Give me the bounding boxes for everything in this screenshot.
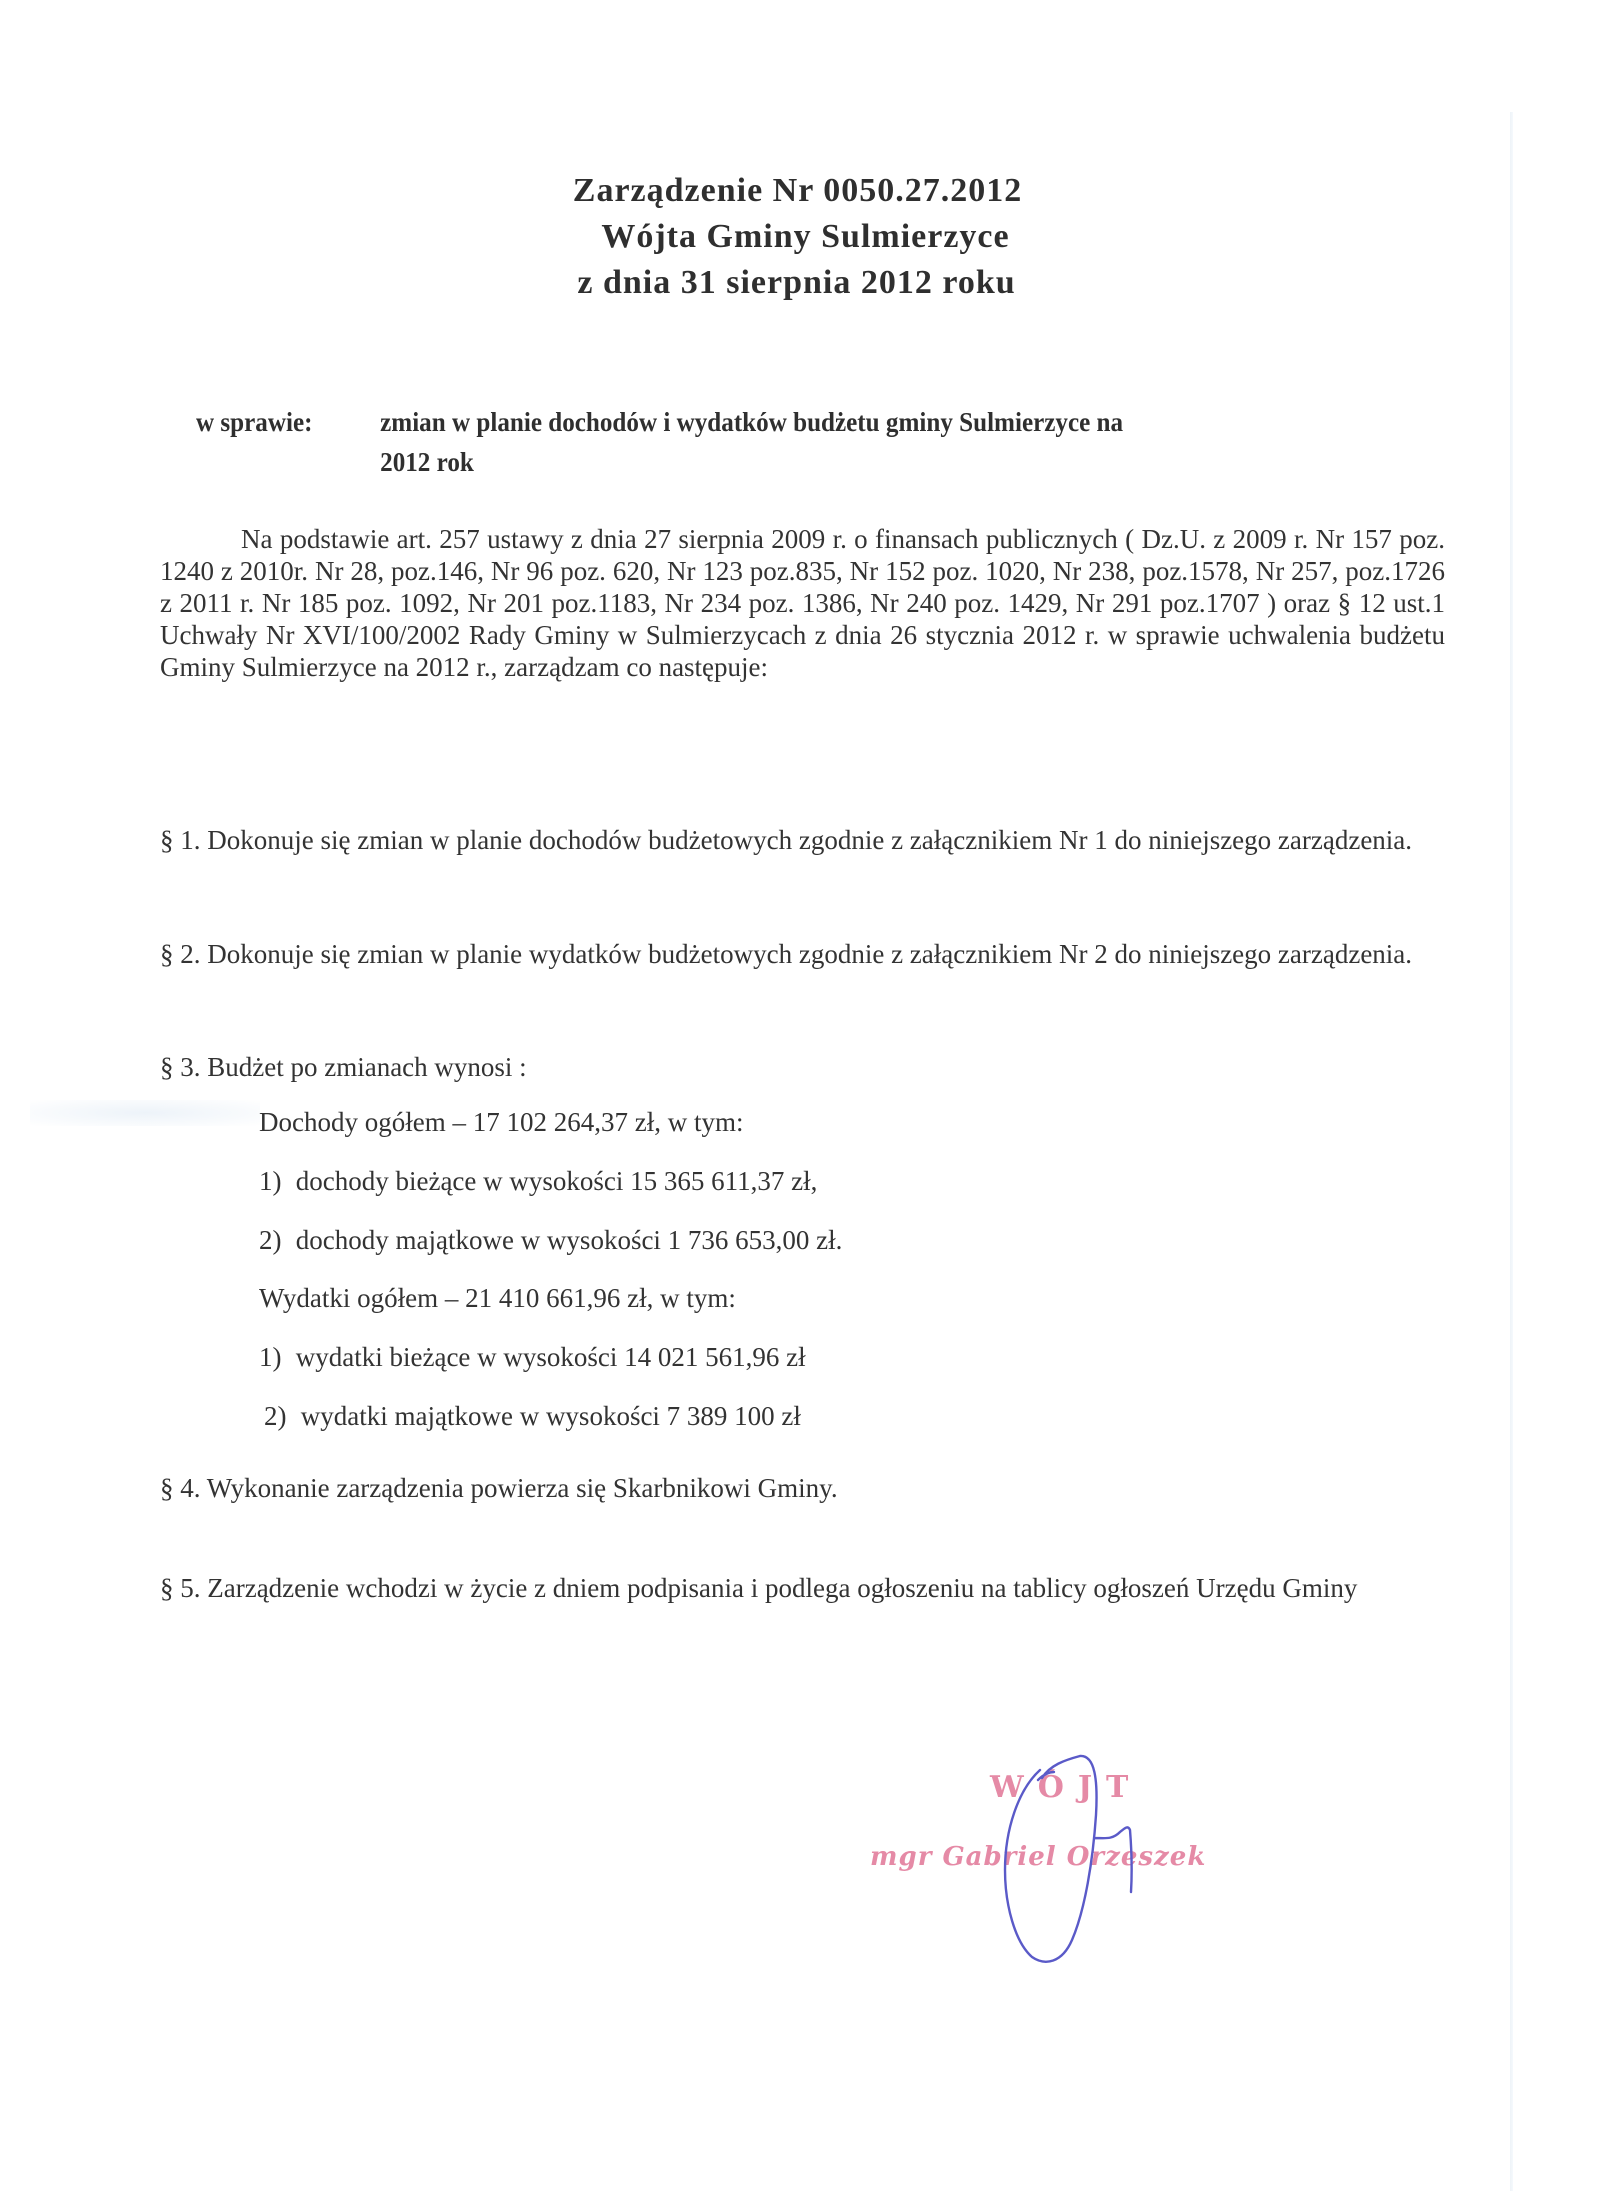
income-item-capital: 2) dochody majątkowe w wysokości 1 736 6… bbox=[259, 1225, 842, 1256]
expense-item-current: 1) wydatki bieżące w wysokości 14 021 56… bbox=[259, 1342, 806, 1373]
subject-text-line-1: zmian w planie dochodów i wydatków budże… bbox=[380, 407, 1123, 437]
list-text: wydatki bieżące w wysokości 14 021 561,9… bbox=[296, 1342, 806, 1372]
paragraph-2: § 2. Dokonuje się zmian w planie wydatkó… bbox=[160, 936, 1450, 973]
paragraph-1: § 1. Dokonuje się zmian w planie dochodó… bbox=[160, 822, 1450, 859]
expense-total: Wydatki ogółem – 21 410 661,96 zł, w tym… bbox=[259, 1283, 736, 1314]
preamble-paragraph: Na podstawie art. 257 ustawy z dnia 27 s… bbox=[160, 523, 1445, 683]
expense-item-capital: 2) wydatki majątkowe w wysokości 7 389 1… bbox=[264, 1401, 801, 1432]
paragraph-5: § 5. Zarządzenie wchodzi w życie z dniem… bbox=[160, 1570, 1590, 1607]
list-number: 2) bbox=[259, 1225, 289, 1256]
list-text: dochody majątkowe w wysokości 1 736 653,… bbox=[296, 1225, 843, 1255]
list-number: 2) bbox=[264, 1401, 294, 1432]
title-line-3: z dnia 31 sierpnia 2012 roku bbox=[0, 260, 1623, 306]
scan-edge-artifact bbox=[1510, 112, 1513, 2191]
document-title: Zarządzenie Nr 0050.27.2012 Wójta Gminy … bbox=[0, 168, 1623, 306]
subject-text-line-2: 2012 rok bbox=[196, 442, 1349, 482]
list-number: 1) bbox=[259, 1166, 289, 1197]
income-item-current: 1) dochody bieżące w wysokości 15 365 61… bbox=[259, 1166, 817, 1197]
scan-smudge-artifact bbox=[30, 1100, 260, 1126]
title-line-1: Zarządzenie Nr 0050.27.2012 bbox=[0, 168, 1623, 214]
title-line-2: Wójta Gminy Sulmierzyce bbox=[0, 214, 1623, 260]
income-total: Dochody ogółem – 17 102 264,37 zł, w tym… bbox=[259, 1107, 743, 1138]
handwritten-signature-icon bbox=[850, 1720, 1300, 1970]
list-text: dochody bieżące w wysokości 15 365 611,3… bbox=[296, 1166, 818, 1196]
paragraph-4: § 4. Wykonanie zarządzenia powierza się … bbox=[160, 1470, 1450, 1507]
subject-block: w sprawie:zmian w planie dochodów i wyda… bbox=[196, 402, 1349, 482]
paragraph-3: § 3. Budżet po zmianach wynosi : bbox=[160, 1049, 1450, 1086]
list-text: wydatki majątkowe w wysokości 7 389 100 … bbox=[301, 1401, 801, 1431]
list-number: 1) bbox=[259, 1342, 289, 1373]
document-page: Zarządzenie Nr 0050.27.2012 Wójta Gminy … bbox=[0, 0, 1623, 2191]
subject-label: w sprawie: bbox=[196, 402, 380, 442]
